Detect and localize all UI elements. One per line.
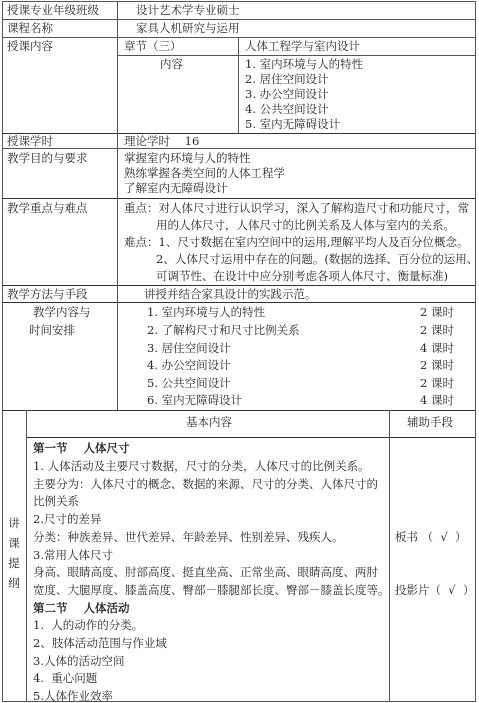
section1-line: 主要分为：人体尺寸的概念、数据的来源、尺寸的分类、人体尺寸的: [33, 477, 378, 491]
schedule-item: 6. 室内无障碍设计: [147, 393, 242, 407]
table-border-right: [475, 1, 476, 702]
row-divider: [2, 302, 475, 303]
course-label: 课程名称: [7, 21, 53, 35]
section2-line: 3.人体的活动空间: [33, 654, 124, 668]
schedule-hours: 2 课时: [420, 323, 454, 337]
content-item: 4. 公共空间设计: [245, 102, 329, 116]
section2-line: 2、肢体活动范围与作业域: [33, 636, 167, 650]
schedule-label: 时间安排: [29, 323, 75, 337]
content-item: 3. 办公空间设计: [245, 87, 329, 101]
row-divider: [2, 285, 475, 286]
section1-line: 2.尺寸的差异: [33, 512, 101, 526]
section2-title: 第二节 人体活动: [33, 601, 130, 615]
chapter-label: 章节（三）: [124, 39, 182, 53]
keypoint-line: 用的人体尺寸，人体尺寸的比例关系及人体与室内的关系。: [156, 218, 455, 232]
objective-item: 了解室内无障碍设计: [124, 181, 228, 195]
col-divider: [389, 410, 390, 702]
section2-line: 4. 重心问题: [33, 671, 97, 685]
col-divider: [26, 410, 27, 702]
section1-title: 第一节 人体尺寸: [33, 441, 130, 455]
major-value: 设计艺术学专业硕士: [136, 3, 240, 17]
schedule-label: 教学内容与: [33, 305, 91, 319]
schedule-hours: 2 课时: [420, 305, 454, 319]
schedule-item: 1. 室内环境与人的特性: [147, 305, 265, 319]
row-divider: [2, 148, 475, 149]
col-divider: [117, 1, 118, 411]
lesson-plan-table: 授课专业年级班级 设计艺术学专业硕士 课程名称 家具人机研究与运用 授课内容 章…: [2, 1, 475, 702]
keypoints-label: 教学重点与难点: [7, 201, 88, 215]
content-item: 2. 居住空间设计: [245, 72, 329, 86]
content-item: 1. 室内环境与人的特性: [245, 57, 363, 71]
col-header-content: 基本内容: [186, 415, 232, 429]
outline-side-label: 讲 课 提 纲: [7, 513, 21, 593]
table-border-left: [2, 1, 3, 702]
aid-blackboard: 板书 （ √ ）: [395, 530, 467, 544]
schedule-item: 3. 居住空间设计: [147, 341, 231, 355]
hours-label: 授课学时: [7, 134, 53, 148]
section2-line: 5.人体作业效率: [33, 689, 113, 703]
keypoint-line: 难点：1、尺寸数据在室内空间中的运用,理解平均人及百分位概念。: [124, 235, 468, 249]
row-divider: [2, 198, 475, 199]
objective-item: 掌握室内环境与人的特性: [124, 151, 251, 165]
content-item: 5. 室内无障碍设计: [245, 117, 340, 131]
table-border-top: [2, 1, 475, 2]
row-divider: [117, 55, 475, 56]
schedule-hours: 2 课时: [420, 358, 454, 372]
course-value: 家具人机研究与运用: [136, 21, 240, 35]
keypoint-line: 2、人体尺寸运用中存在的问题。(数据的选择、百分位的运用、: [156, 252, 478, 266]
section1-line: 比例关系: [33, 494, 79, 508]
col-header-aids: 辅助手段: [407, 415, 453, 429]
section1-line: 3.常用人体尺寸: [33, 548, 113, 562]
row-divider: [2, 410, 475, 411]
method-label: 教学方法与手段: [7, 287, 88, 301]
row-divider: [26, 437, 475, 438]
objectives-label: 教学目的与要求: [7, 151, 88, 165]
row-divider: [2, 19, 475, 20]
content-label: 授课内容: [7, 39, 53, 53]
section1-line: 1. 人体活动及主要尺寸数据，尺寸的分类，人体尺寸的比例关系。: [33, 459, 370, 473]
major-label: 授课专业年级班级: [7, 3, 99, 17]
section1-line: 身高、眼睛高度、肘部高度、挺直坐高、正常坐高、眼睛高度、两肘: [33, 565, 378, 579]
aid-slides: 投影片（ √ ）: [395, 583, 474, 597]
method-value: 讲授并结合家具设计的实践示范。: [144, 287, 317, 301]
section2-line: 1. 人的动作的分类。: [33, 618, 143, 632]
schedule-item: 2. 了解构尺寸和尺寸比例关系: [147, 323, 300, 337]
content-sub-label: 内容: [160, 57, 183, 71]
chapter-title: 人体工程学与室内设计: [245, 39, 360, 53]
schedule-hours: 2 课时: [420, 376, 454, 390]
schedule-item: 4. 办公空间设计: [147, 358, 231, 372]
section1-line: 分类：种族差异、世代差异、年龄差异、性别差异、残疾人。: [33, 530, 344, 544]
objective-item: 熟练掌握各类空间的人体工程学: [124, 166, 285, 180]
keypoint-line: 重点：对人体尺寸进行认识学习，深入了解构造尺寸和功能尺寸，常: [124, 201, 469, 215]
col-divider: [238, 37, 239, 134]
schedule-item: 5. 公共空间设计: [147, 376, 231, 390]
schedule-hours: 4 课时: [420, 341, 454, 355]
section1-line: 宽度、大腿厚度、膝盖高度、臀部－膝腿部长度、臀部－膝盖长度等。: [33, 583, 390, 597]
keypoint-line: 可调节性、在设计中应分别考虑各项人体尺寸、衡量标准): [156, 269, 448, 283]
hours-value: 理论学时 16: [124, 134, 199, 148]
schedule-hours: 4 课时: [420, 393, 454, 407]
